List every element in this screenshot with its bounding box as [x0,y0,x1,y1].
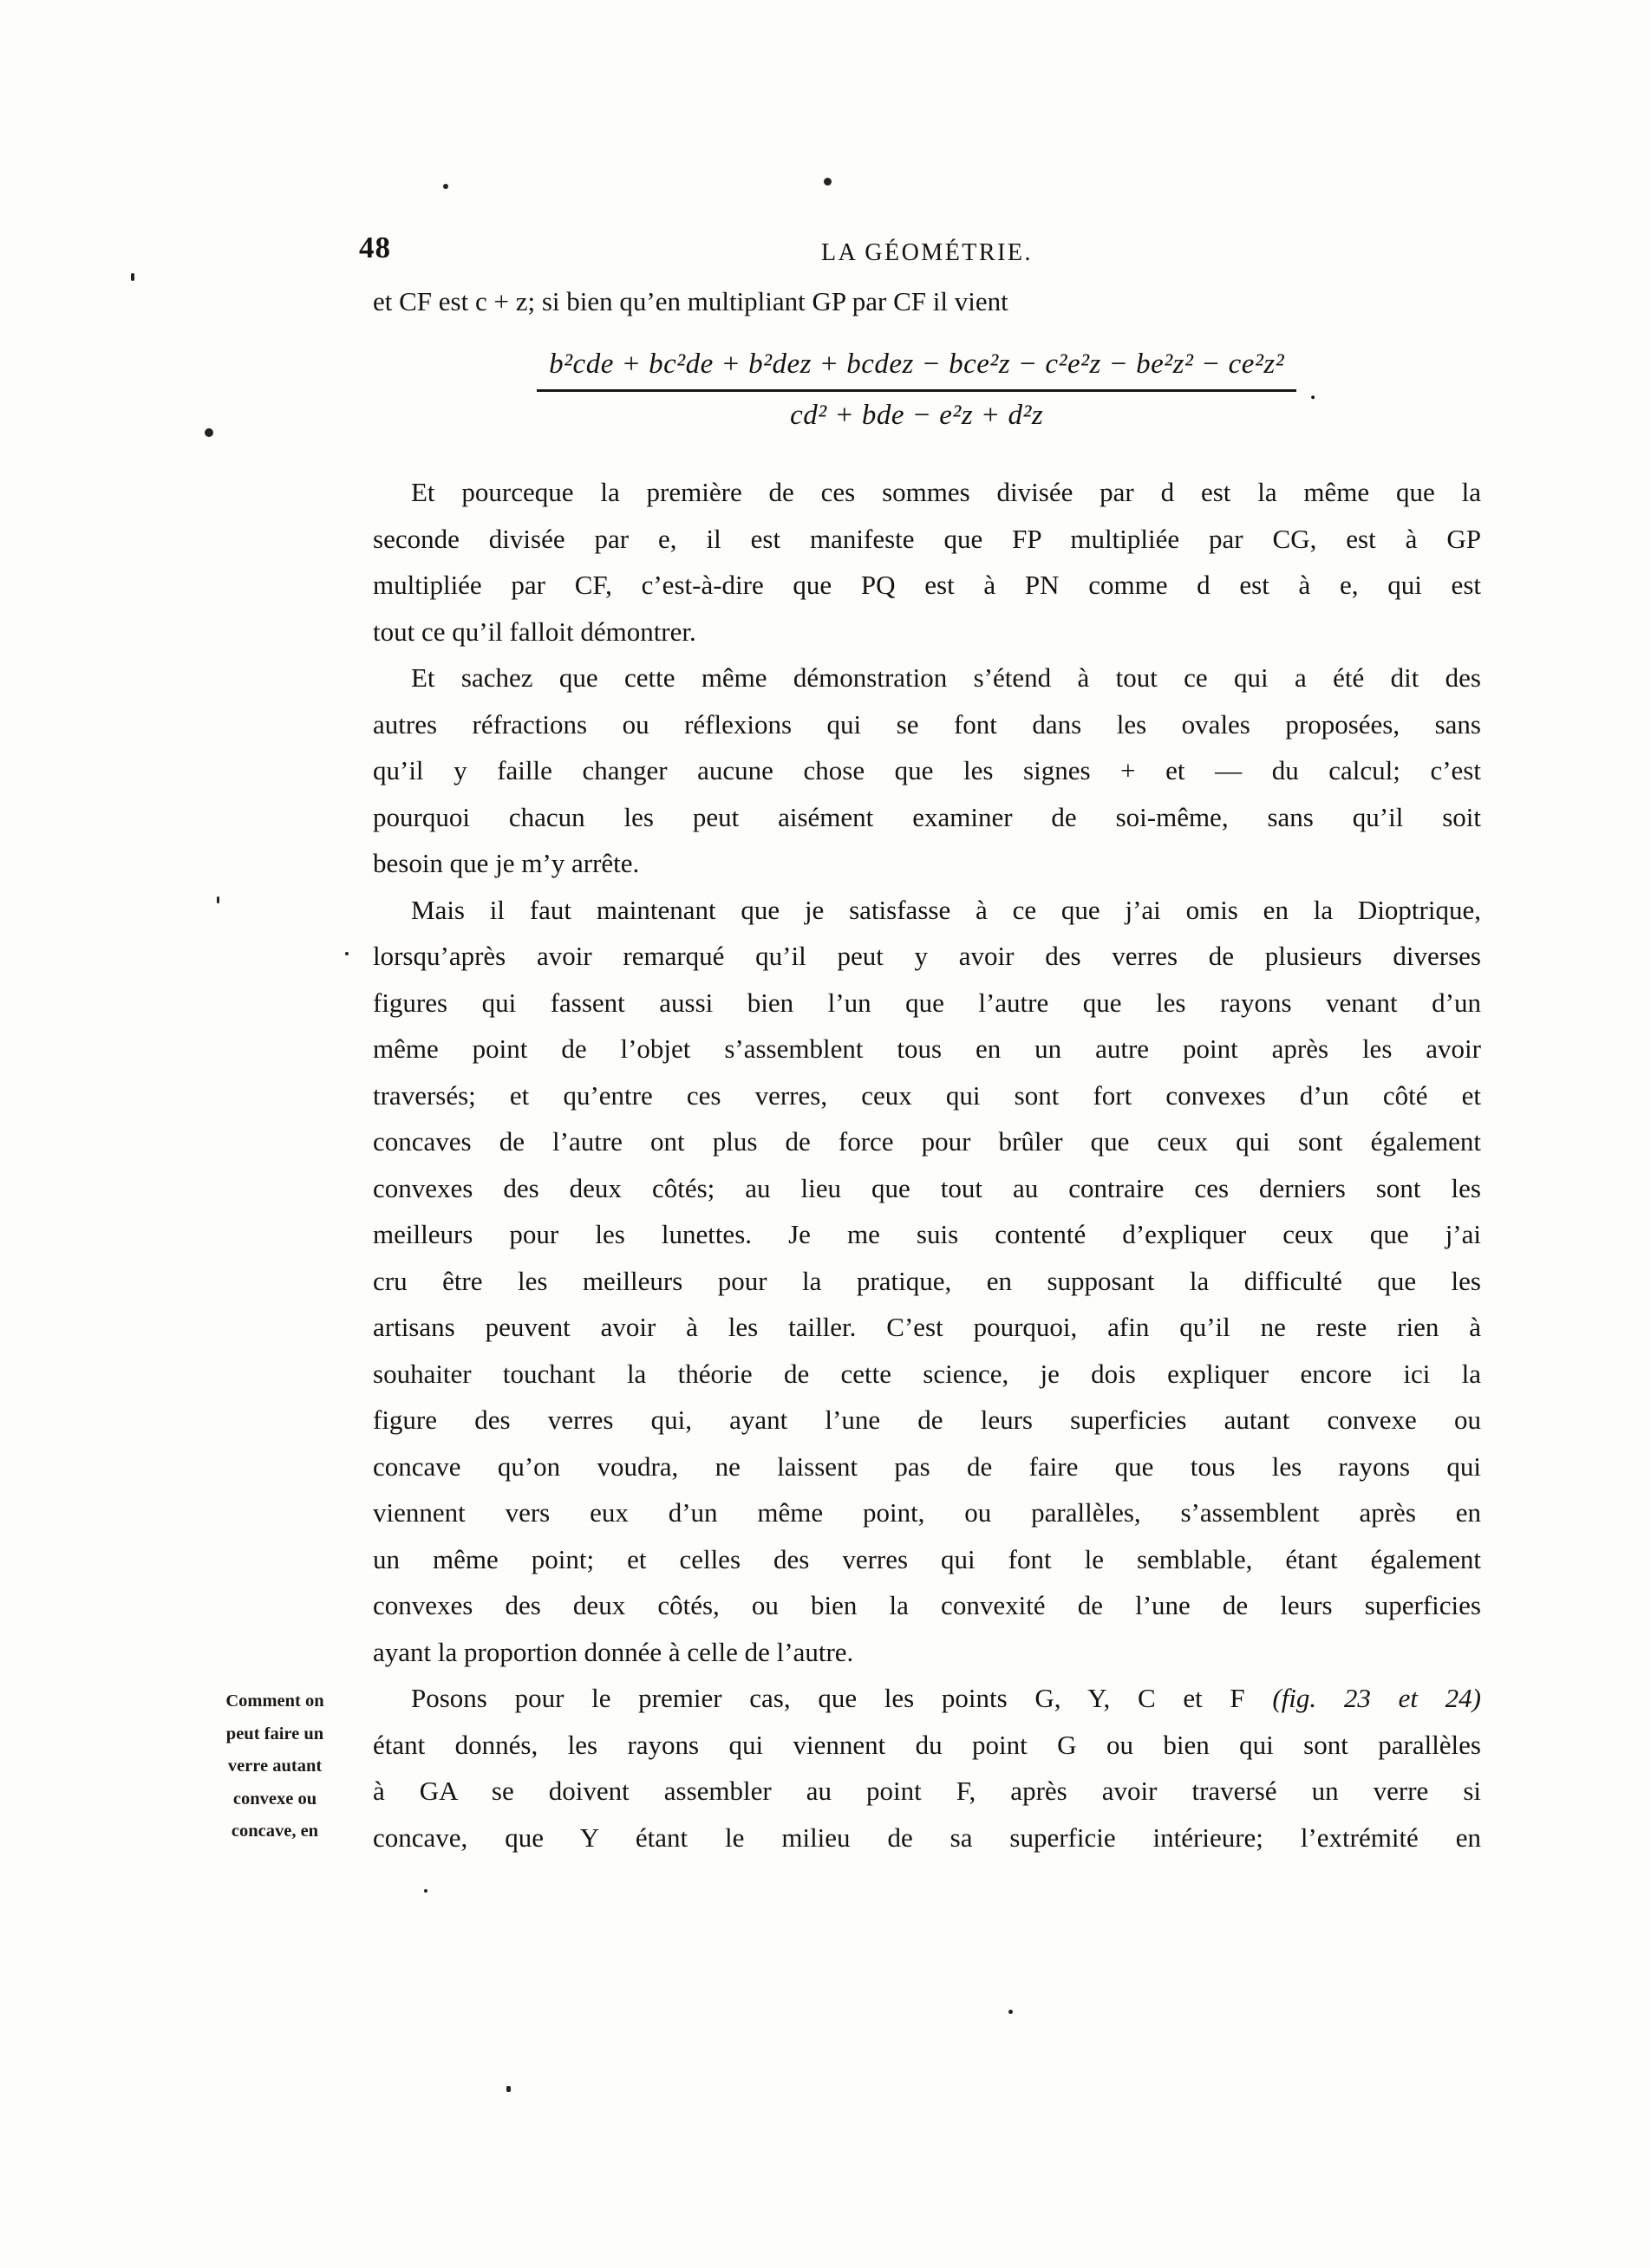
scan-speck [205,428,213,437]
running-title: LA GÉOMÉTRIE. [373,239,1481,267]
text-line: à GA se doivent assembler au point F, ap… [373,1768,1481,1815]
fraction-numerator: b²cde + bc²de + b²dez + bcdez − bce²z − … [537,349,1296,392]
equation-punctuation: . [1309,374,1317,407]
margin-note: Comment onpeut faire unverre autantconve… [193,1685,357,1848]
text-line: meilleurs pour les lunettes. Je me suis … [373,1211,1481,1258]
text-line: Et sachez que cette même démonstration s… [373,655,1481,701]
text-line: un même point; et celles des verres qui … [373,1536,1481,1583]
text-line: seconde divisée par e, il est manifeste … [373,516,1481,563]
scan-speck [824,178,832,186]
equation: b²cde + bc²de + b²dez + bcdez − bce²z − … [373,349,1481,432]
scan-speck [443,184,448,189]
text-line: tout ce qu’il falloit démontrer. [373,609,1481,655]
text-line: concave, que Y étant le milieu de sa sup… [373,1815,1481,1861]
text-line: concave qu’on voudra, ne laissent pas de… [373,1444,1481,1490]
text-line: lorsqu’après avoir remarqué qu’il peut y… [373,933,1481,980]
scan-speck [217,896,219,903]
scan-speck [131,273,134,281]
margin-note-line: convexe ou [193,1783,357,1816]
text-line: ayant la proportion donnée à celle de l’… [373,1629,1481,1676]
scan-speck [424,1889,427,1893]
fraction: b²cde + bc²de + b²dez + bcdez − bce²z − … [537,349,1296,432]
text-line: même point de l’objet s’assemblent tous … [373,1026,1481,1072]
text-line: figure des verres qui, ayant l’une de le… [373,1397,1481,1444]
text-line: Et pourceque la première de ces sommes d… [373,469,1481,516]
text-line: étant donnés, les rayons qui viennent du… [373,1722,1481,1769]
intro-line: et CF est c + z; si bien qu’en multiplia… [373,286,1481,317]
text-line: concaves de l’autre ont plus de force po… [373,1118,1481,1165]
scan-speck [506,2086,511,2092]
text-line: convexes des deux côtés; au lieu que tou… [373,1165,1481,1212]
scan-speck [1008,2010,1013,2014]
text-line: qu’il y faille changer aucune chose que … [373,747,1481,794]
text-line: Mais il faut maintenant que je satisfass… [373,887,1481,934]
margin-note-line: concave, en [193,1815,357,1848]
margin-note-line: peut faire un [193,1718,357,1751]
book-page: 48 LA GÉOMÉTRIE. et CF est c + z; si bie… [0,0,1651,2268]
text-line: cru être les meilleurs pour la pratique,… [373,1258,1481,1305]
margin-note-line: Comment on [193,1685,357,1718]
text-line: pourquoi chacun les peut aisément examin… [373,794,1481,841]
scan-speck [345,952,349,955]
text-line: multipliée par CF, c’est-à-dire que PQ e… [373,562,1481,609]
text-line: viennent vers eux d’un même point, ou pa… [373,1489,1481,1536]
text-line: souhaiter touchant la théorie de cette s… [373,1351,1481,1398]
text-line: besoin que je m’y arrête. [373,840,1481,887]
text-line: convexes des deux côtés, ou bien la conv… [373,1582,1481,1629]
figure-reference: (fig. 23 et 24) [1272,1683,1481,1713]
body-text: Et pourceque la première de ces sommes d… [373,469,1481,1861]
text-line: figures qui fassent aussi bien l’un que … [373,980,1481,1026]
text-line: autres réfractions ou réflexions qui se … [373,701,1481,748]
margin-note-line: verre autant [193,1750,357,1783]
fraction-denominator: cd² + bde − e²z + d²z [537,392,1296,432]
text-line: artisans peuvent avoir à les tailler. C’… [373,1304,1481,1351]
text-line: traversés; et qu’entre ces verres, ceux … [373,1072,1481,1119]
text-line: Posons pour le premier cas, que les poin… [373,1675,1481,1722]
